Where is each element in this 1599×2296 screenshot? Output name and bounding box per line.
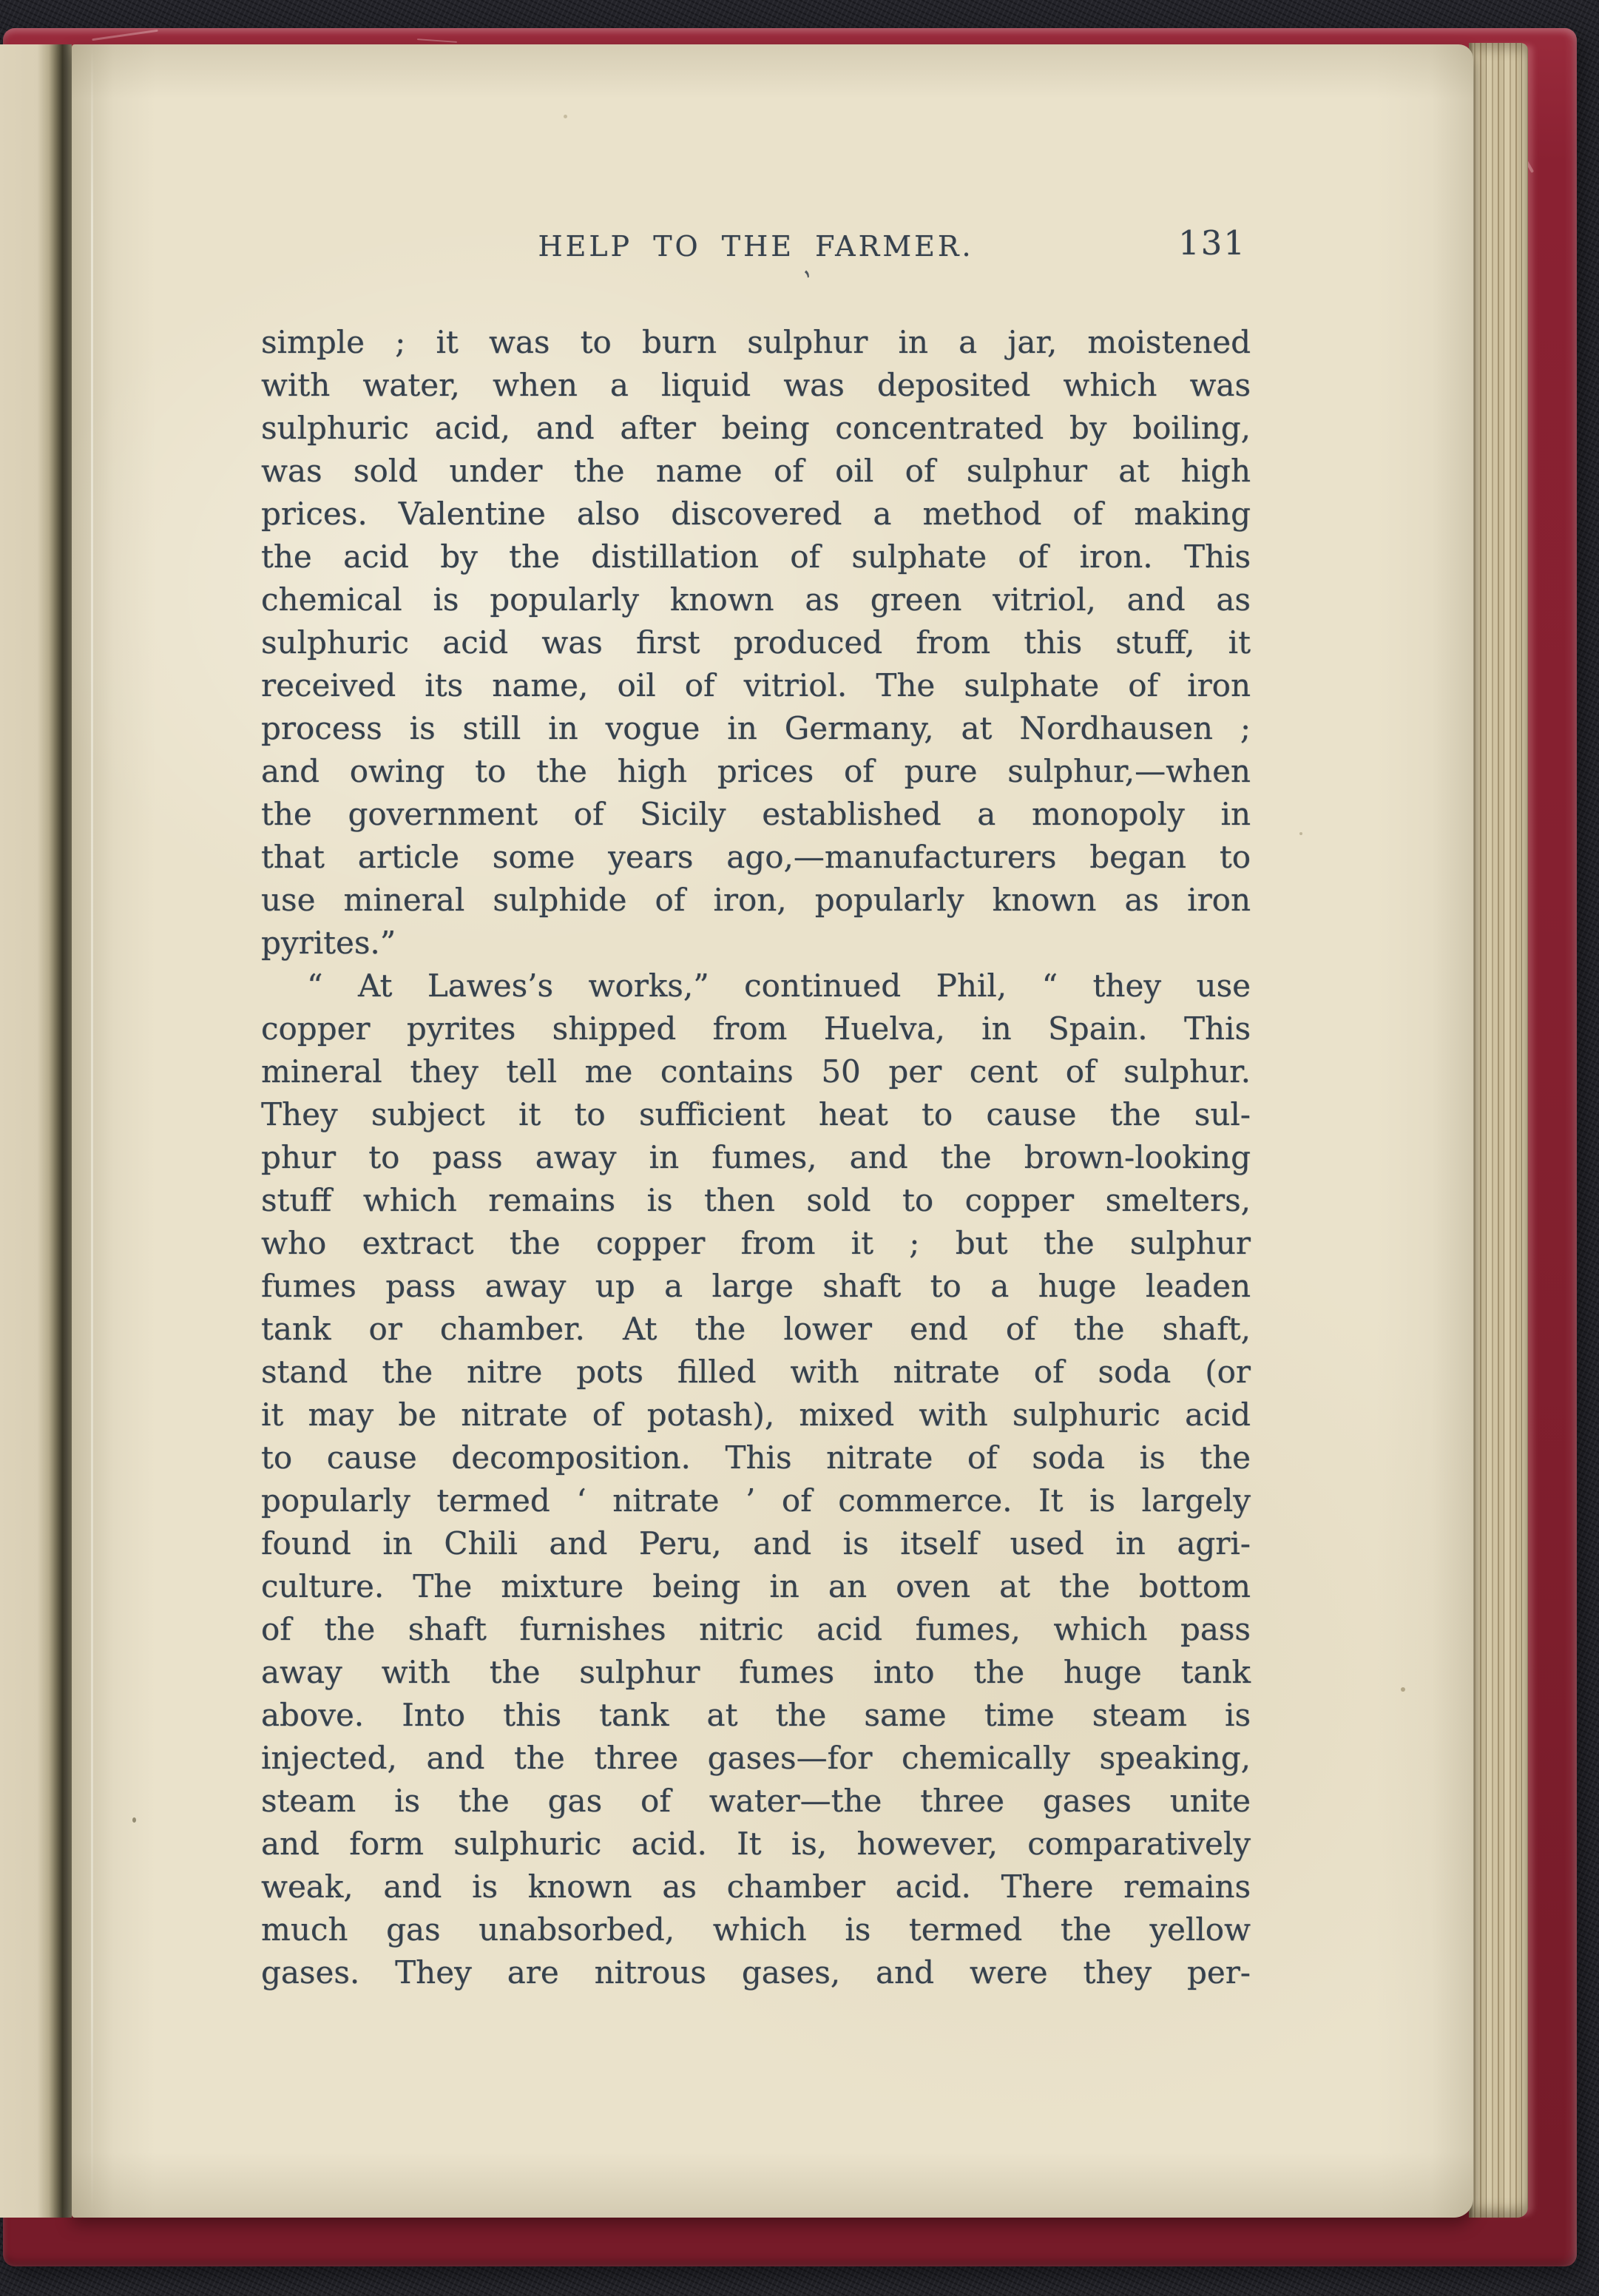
text-line: received its name, oil of vitriol. The s… [261,664,1251,707]
paper-speck [1299,832,1302,835]
paper-speck [132,1817,136,1823]
text-line: with water, when a liquid was deposited … [261,364,1251,407]
page-fore-edge [1469,43,1528,2218]
paper-speck [696,1100,700,1104]
text-line: mineral they tell me contains 50 per cen… [261,1050,1251,1093]
text-line: away with the sulphur fumes into the hug… [261,1651,1251,1694]
paper-speck [1401,1687,1405,1692]
text-line: the acid by the distillation of sulphate… [261,536,1251,578]
text-line: found in Chili and Peru, and is itself u… [261,1522,1251,1565]
text-line: steam is the gas of water—the three gase… [261,1780,1251,1823]
text-line: simple ; it was to burn sulphur in a jar… [261,321,1251,364]
text-line: gases. They are nitrous gases, and were … [261,1951,1251,1994]
text-line: and owing to the high prices of pure sul… [261,750,1251,793]
text-line: pyrites.” [261,922,1251,965]
text-line: sulphuric acid, and after being concentr… [261,407,1251,450]
text-line: fumes pass away up a large shaft to a hu… [261,1265,1251,1308]
text-line: it may be nitrate of potash), mixed with… [261,1394,1251,1436]
text-line: who extract the copper from it ; but the… [261,1222,1251,1265]
text-line: They subject it to sufficient heat to ca… [261,1093,1251,1136]
book-page: HELP TO THE FARMER. 131 , simple ; it wa… [72,44,1473,2218]
text-line: tank or chamber. At the lower end of the… [261,1308,1251,1351]
page-number: 131 [1178,222,1246,265]
text-line: “ At Lawes’s works,” continued Phil, “ t… [261,965,1251,1007]
text-line: was sold under the name of oil of sulphu… [261,450,1251,493]
text-line: use mineral sulphide of iron, popularly … [261,879,1251,922]
text-line: injected, and the three gases—for chemic… [261,1737,1251,1780]
text-line: phur to pass away in fumes, and the brow… [261,1136,1251,1179]
body-text: simple ; it was to burn sulphur in a jar… [261,321,1251,1994]
text-line: and form sulphuric acid. It is, however,… [261,1823,1251,1865]
text-line: the government of Sicily established a m… [261,793,1251,836]
text-line: chemical is popularly known as green vit… [261,578,1251,621]
text-line: prices. Valentine also discovered a meth… [261,493,1251,536]
running-header: HELP TO THE FARMER. [538,230,973,263]
cover-scratch [92,30,158,41]
text-line: that article some years ago,—manufacture… [261,836,1251,879]
text-line: culture. The mixture being in an oven at… [261,1565,1251,1608]
facing-page-edge [0,44,72,2218]
book-photo: HELP TO THE FARMER. 131 , simple ; it wa… [0,0,1599,2296]
text-line: of the shaft furnishes nitric acid fumes… [261,1608,1251,1651]
text-line: to cause decomposition. This nitrate of … [261,1436,1251,1479]
text-line: weak, and is known as chamber acid. Ther… [261,1865,1251,1908]
text-line: much gas unabsorbed, which is termed the… [261,1908,1251,1951]
page-header: HELP TO THE FARMER. 131 [261,225,1251,268]
cover-scratch [417,38,457,43]
text-line: copper pyrites shipped from Huelva, in S… [261,1007,1251,1050]
text-line: stand the nitre pots filled with nitrate… [261,1351,1251,1394]
text-line: popularly termed ‘ nitrate ’ of commerce… [261,1479,1251,1522]
text-line: process is still in vogue in Germany, at… [261,707,1251,750]
text-line: above. Into this tank at the same time s… [261,1694,1251,1737]
paper-speck [564,115,567,118]
text-line: sulphuric acid was first produced from t… [261,621,1251,664]
text-line: stuff which remains is then sold to copp… [261,1179,1251,1222]
